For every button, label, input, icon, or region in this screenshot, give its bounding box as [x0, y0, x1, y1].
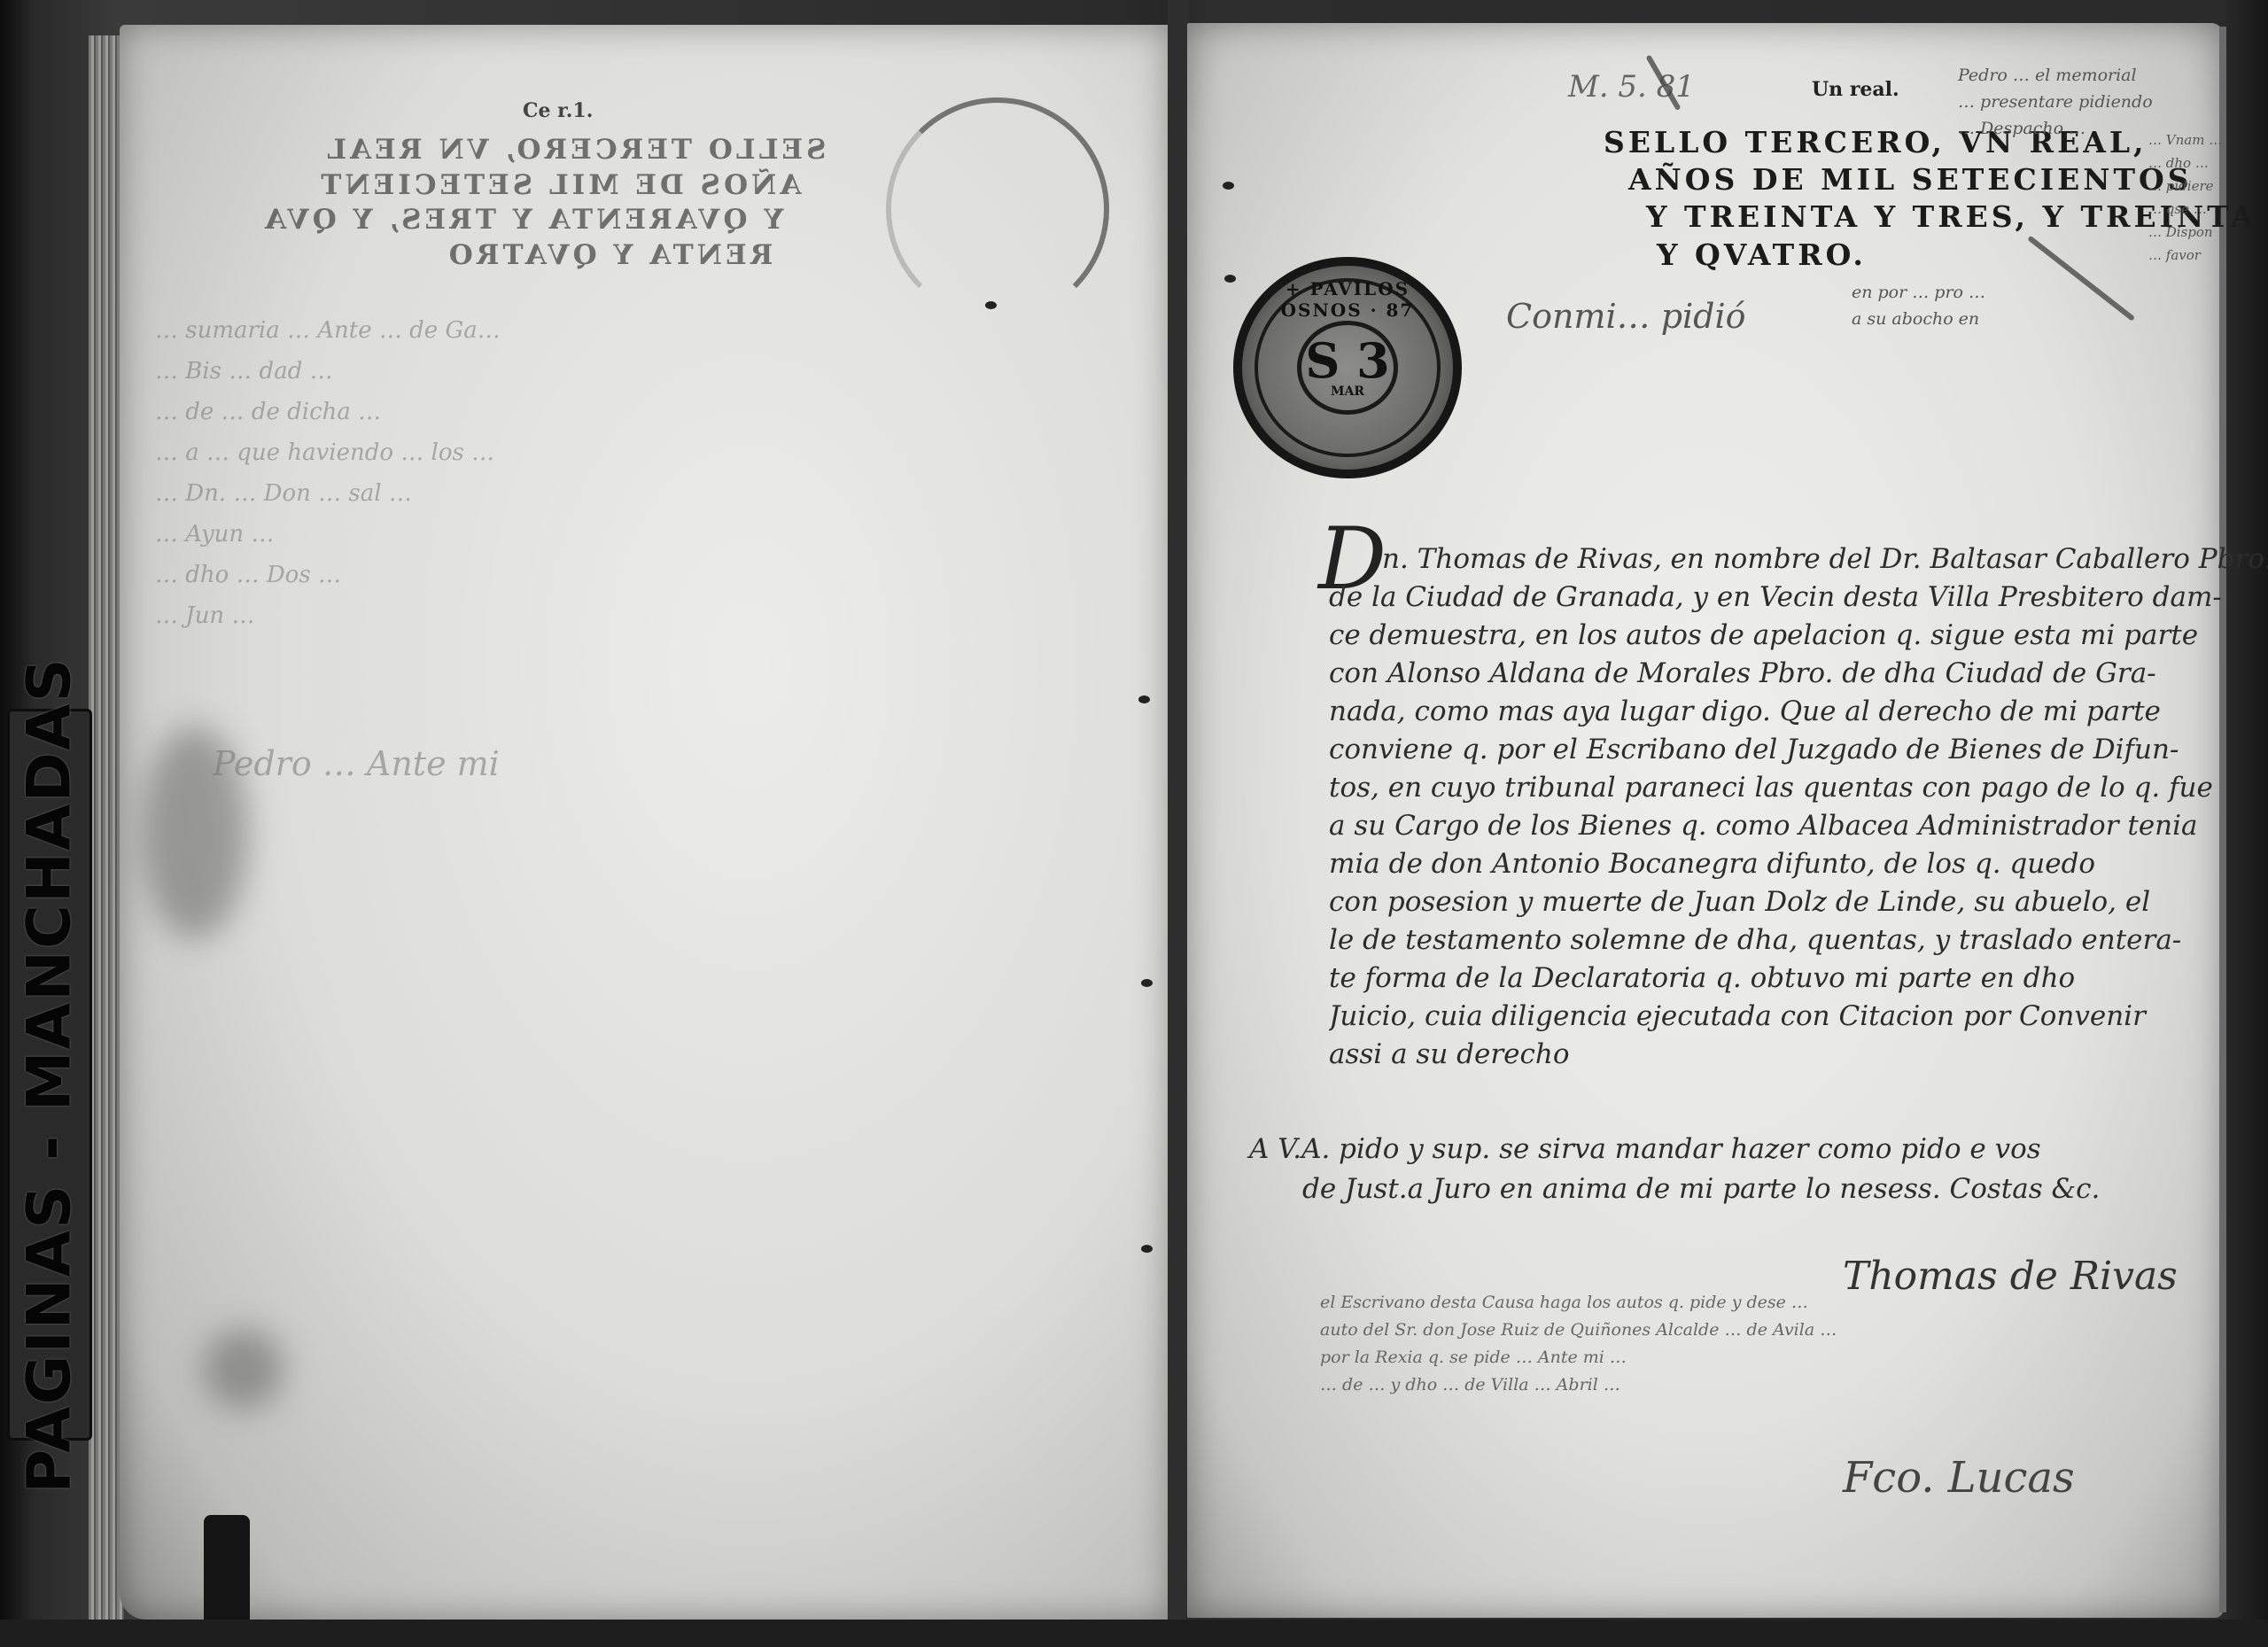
- decree-text: el Escrivano desta Causa haga los autos …: [1320, 1289, 1837, 1399]
- mirrored-stamp-header: SELLO TERCERO, VN REAL AÑOS DE MIL SETEC…: [261, 133, 826, 274]
- annotation-pidio: Conmi… pidió: [1506, 297, 1746, 336]
- petition-closing: A V.A. pido y sup. se sirva mandar hazer…: [1249, 1130, 2100, 1209]
- right-small-heading: Un real.: [1812, 78, 1899, 101]
- signature-1: Thomas de Rivas: [1843, 1254, 2178, 1299]
- spine-label: PAGINAS - MANCHADAS: [7, 709, 92, 1441]
- ink-spot: [985, 301, 997, 309]
- margin-note-right: … Vnam … … dho … … pidiere … qse … … Dis…: [2148, 128, 2222, 267]
- official-seal: + PAVILOS OSNOS · 87 S 3 MAR: [1233, 257, 1462, 478]
- scan-bottom-border: [0, 1620, 2268, 1647]
- signature-2: Fco. Lucas: [1843, 1453, 2075, 1503]
- page-fore-edges: [89, 35, 124, 1621]
- ink-spot: [1223, 182, 1234, 190]
- ink-spot: [1141, 979, 1153, 987]
- left-small-heading: Ce r.1.: [523, 99, 593, 122]
- left-ghost-signature: Pedro … Ante mi: [213, 744, 500, 783]
- book-gutter: [1168, 0, 1189, 1647]
- left-ghost-text: … sumaria … Ante … de Ga… … Bis … dad … …: [155, 310, 501, 636]
- ink-spot: [1141, 1245, 1153, 1253]
- margin-note-under-stamp: en por … pro … a su abocho en: [1852, 279, 1985, 332]
- margin-note-top: Pedro … el memorial … presentare pidiend…: [1958, 62, 2153, 142]
- petition-body: n. Thomas de Rivas, en nombre del Dr. Ba…: [1329, 540, 2268, 1074]
- ink-spot: [1138, 695, 1150, 703]
- seal-bleedthrough: [886, 97, 1109, 321]
- stain: [204, 1329, 283, 1409]
- ink-spot: [1224, 275, 1236, 283]
